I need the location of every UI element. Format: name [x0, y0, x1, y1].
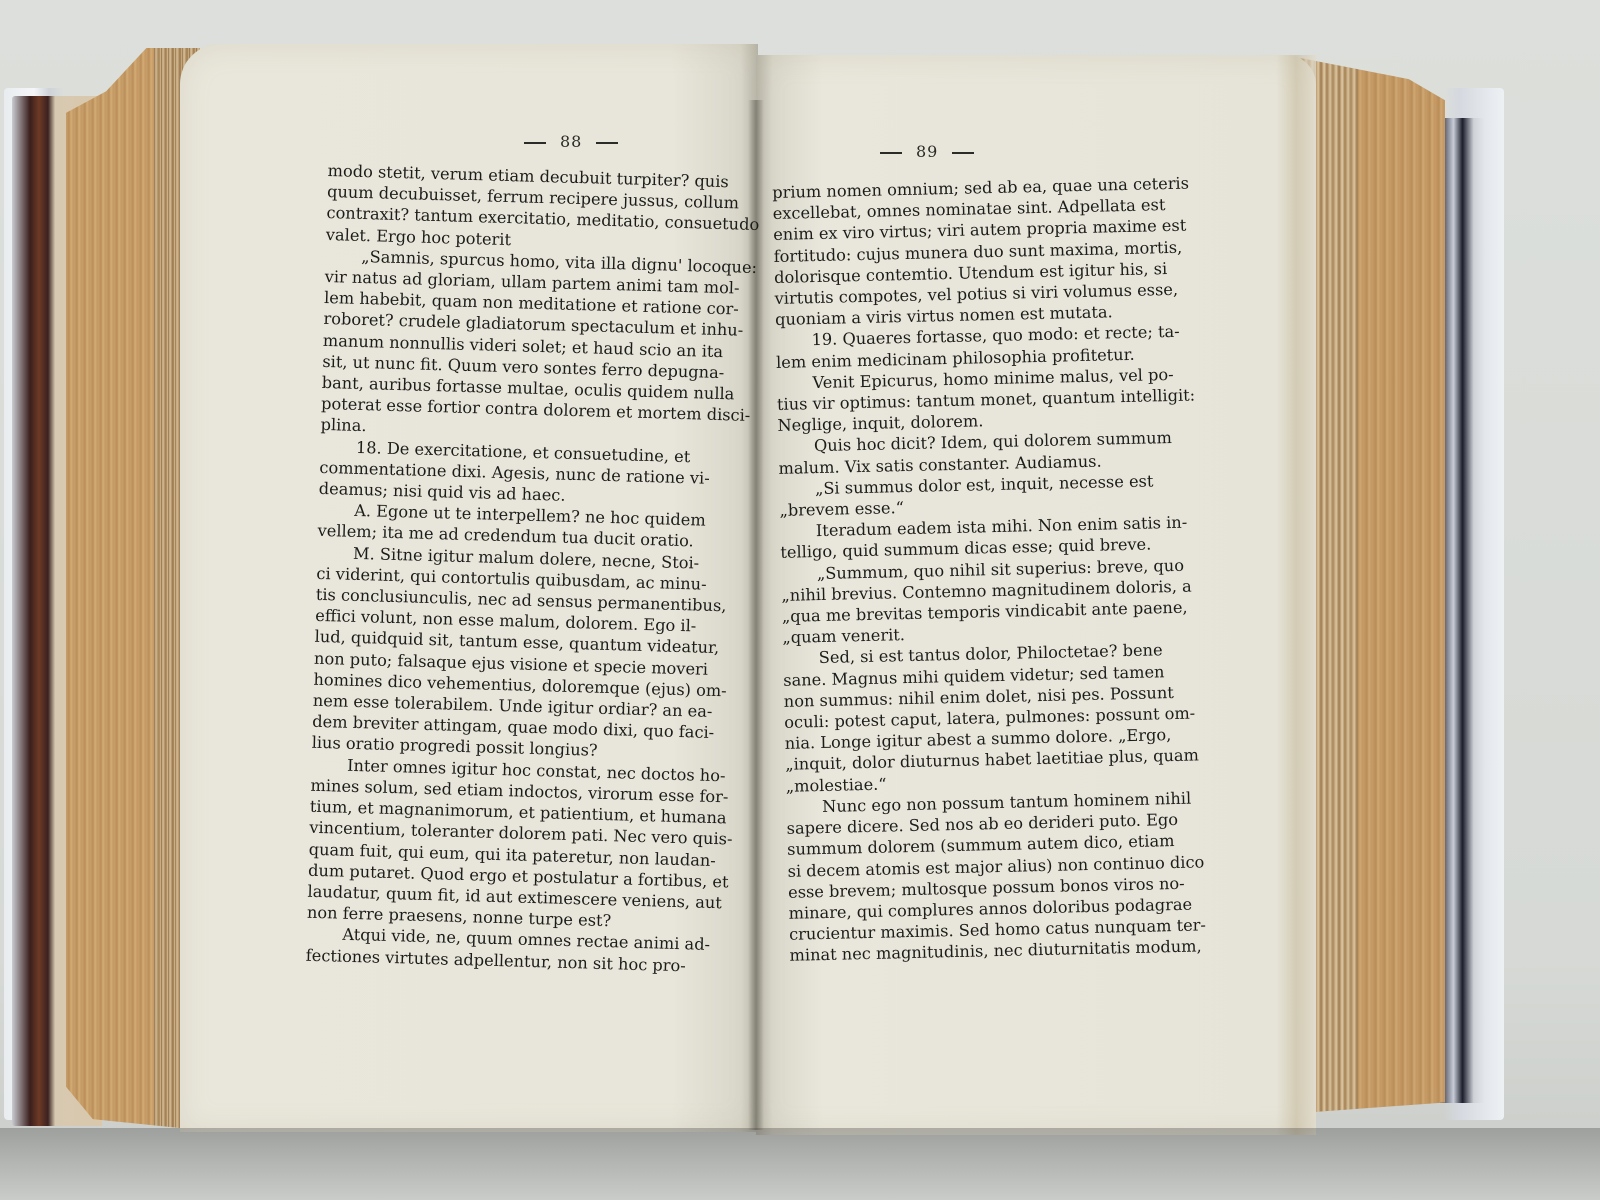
- photo-scene: 88 89 modo stetit, verum etiam decubuit …: [0, 0, 1600, 1200]
- book-cover-right: [1440, 118, 1485, 1103]
- dash-ornament: [524, 142, 546, 144]
- dash-ornament: [952, 152, 974, 154]
- left-page-text: modo stetit, verum etiam decubuit turpit…: [306, 160, 748, 977]
- table-shadow: [0, 1128, 1600, 1200]
- left-page-number: 88: [510, 132, 632, 151]
- dash-ornament: [880, 152, 902, 154]
- right-page-number: 89: [866, 142, 988, 161]
- page-block-edge-right: [1300, 58, 1445, 1113]
- book-gutter: [748, 100, 764, 1130]
- right-page-text: prium nomen omnium; sed ab ea, quae una …: [772, 173, 1190, 966]
- dash-ornament: [596, 142, 618, 144]
